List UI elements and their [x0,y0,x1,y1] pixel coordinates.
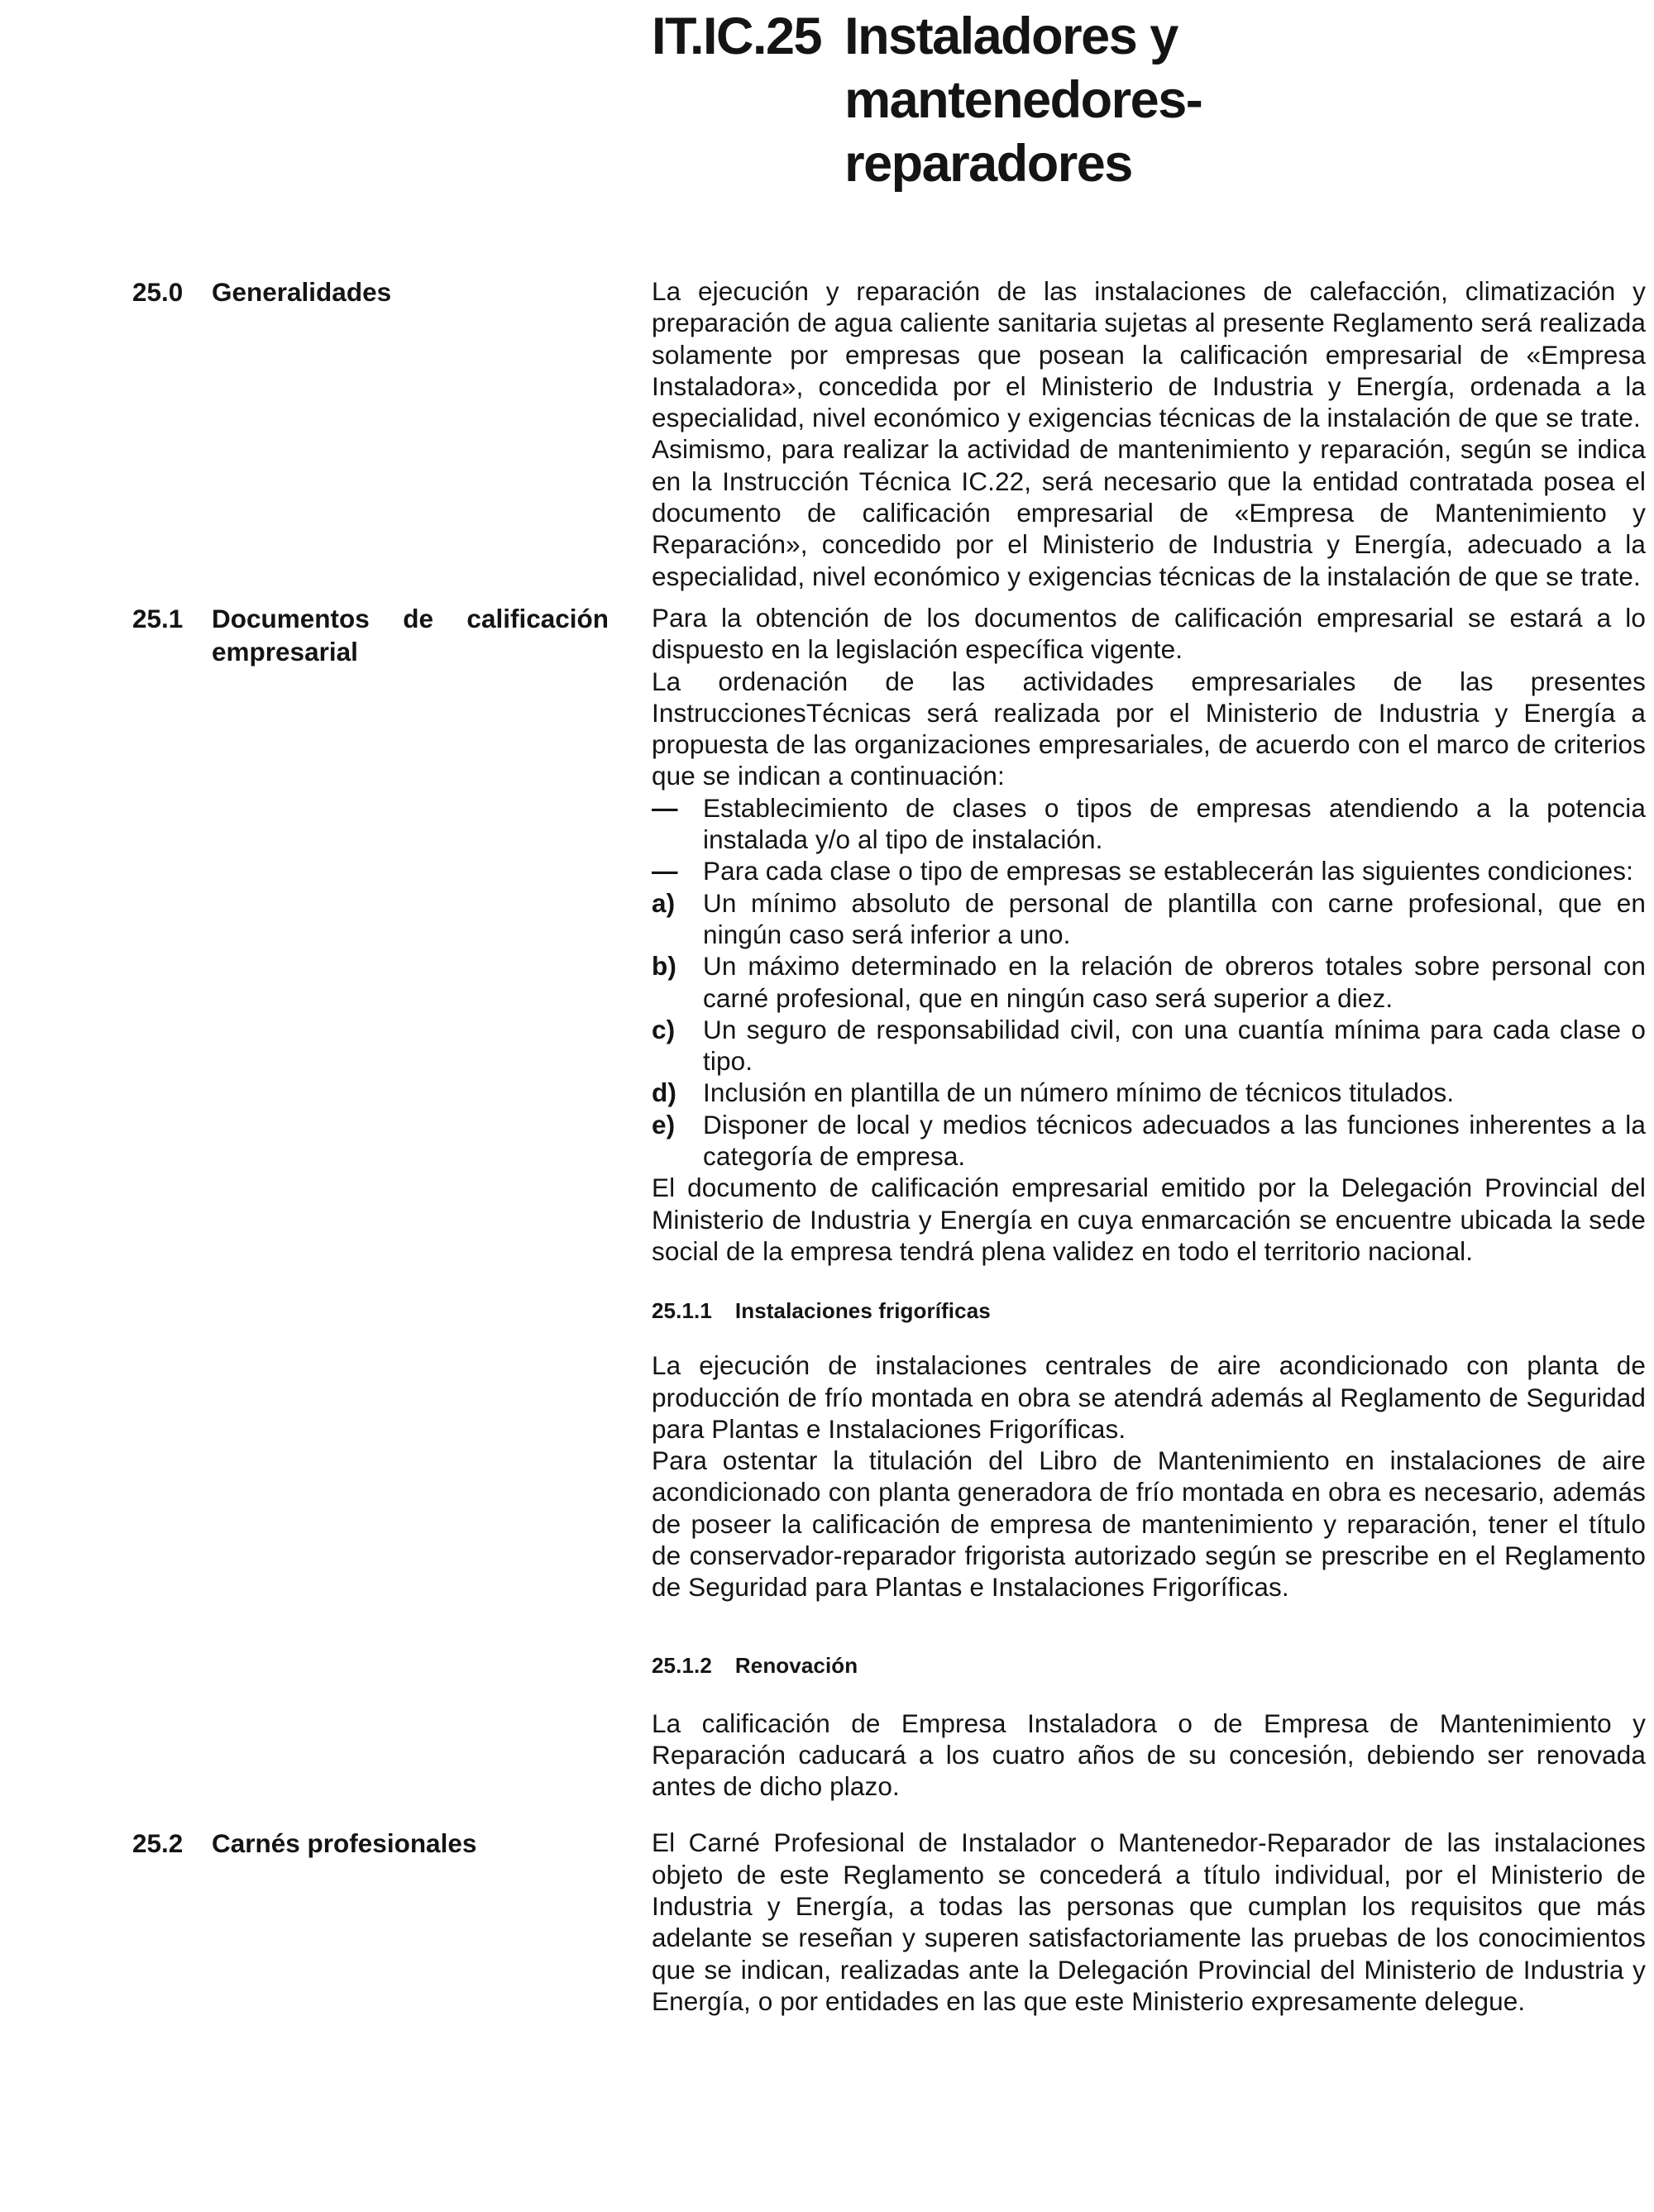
subsection-heading-25-1-1: 25.1.1Instalaciones frigoríficas [652,1297,1646,1325]
letter-marker: d) [652,1077,703,1108]
subsection-number: 25.1.2 [652,1653,712,1678]
section-25-1-content: Para la obtención de los documentos de c… [652,602,1646,1803]
subsection-label: Instalaciones frigoríficas [735,1298,991,1323]
section-25-2: 25.2 Carnés profesionales El Carné Profe… [0,1827,1654,2017]
letter-item-text: Un seguro de responsabilidad civil, con … [703,1014,1646,1077]
document-title: Instaladores y mantenedores- reparadores [844,5,1202,196]
section-25-1: 25.1 Documentos de calificación empresar… [0,602,1654,1803]
paragraph: El Carné Profesional de Instalador o Man… [652,1827,1646,2017]
letter-item-text: Un máximo determinado en la relación de … [703,950,1646,1014]
title-line-1: Instaladores y [844,5,1202,69]
dash-marker: — [652,855,703,886]
paragraph: Para ostentar la titulación del Libro de… [652,1445,1646,1603]
letter-item-text: Un mínimo absoluto de personal de planti… [703,887,1646,951]
section-number: 25.0 [132,275,212,308]
paragraph: La ordenación de las actividades empresa… [652,666,1646,792]
title-line-2: mantenedores- [844,69,1202,132]
letter-marker: b) [652,950,703,1014]
dash-list-item: — Establecimiento de clases o tipos de e… [652,792,1646,856]
section-label: Documentos de calificación empresarial [212,602,609,668]
paragraph: Asimismo, para realizar la actividad de … [652,433,1646,591]
letter-marker: c) [652,1014,703,1077]
letter-list-item: d) Inclusión en plantilla de un número m… [652,1077,1646,1108]
letter-list-item: a) Un mínimo absoluto de personal de pla… [652,887,1646,951]
section-number: 25.1 [132,602,212,668]
section-25-0-content: La ejecución y reparación de las instala… [652,275,1646,592]
section-label: Carnés profesionales [212,1827,609,1860]
letter-item-text: Inclusión en plantilla de un número míni… [703,1077,1646,1108]
sidebar-heading-25-0: 25.0 Generalidades [132,275,652,308]
paragraph: La ejecución y reparación de las instala… [652,275,1646,433]
dash-marker: — [652,792,703,856]
paragraph: El documento de calificación empresarial… [652,1172,1646,1267]
document-page: IT.IC.25 Instaladores y mantenedores- re… [0,0,1654,2212]
section-25-2-content: El Carné Profesional de Instalador o Man… [652,1827,1646,2017]
subsection-number: 25.1.1 [652,1298,712,1323]
dash-item-text: Establecimiento de clases o tipos de emp… [703,792,1646,856]
sidebar-heading-25-2: 25.2 Carnés profesionales [132,1827,652,1860]
document-code: IT.IC.25 [652,5,821,196]
paragraph: La ejecución de instalaciones centrales … [652,1350,1646,1445]
paragraph: La calificación de Empresa Instaladora o… [652,1708,1646,1803]
section-label: Generalidades [212,275,609,308]
title-line-3: reparadores [844,132,1202,196]
document-header: IT.IC.25 Instaladores y mantenedores- re… [652,0,1654,196]
dash-list-item: — Para cada clase o tipo de empresas se … [652,855,1646,886]
sidebar-heading-25-1: 25.1 Documentos de calificación empresar… [132,602,652,668]
section-25-0: 25.0 Generalidades La ejecución y repara… [0,275,1654,592]
letter-list-item: e) Disponer de local y medios técnicos a… [652,1109,1646,1173]
dash-item-text: Para cada clase o tipo de empresas se es… [703,855,1646,886]
letter-list-item: b) Un máximo determinado en la relación … [652,950,1646,1014]
section-number: 25.2 [132,1827,212,1860]
paragraph: Para la obtención de los documentos de c… [652,602,1646,666]
letter-marker: e) [652,1109,703,1173]
subsection-label: Renovación [735,1653,858,1678]
letter-list-item: c) Un seguro de responsabilidad civil, c… [652,1014,1646,1077]
subsection-heading-25-1-2: 25.1.2Renovación [652,1651,1646,1679]
letter-item-text: Disponer de local y medios técnicos adec… [703,1109,1646,1173]
letter-marker: a) [652,887,703,951]
